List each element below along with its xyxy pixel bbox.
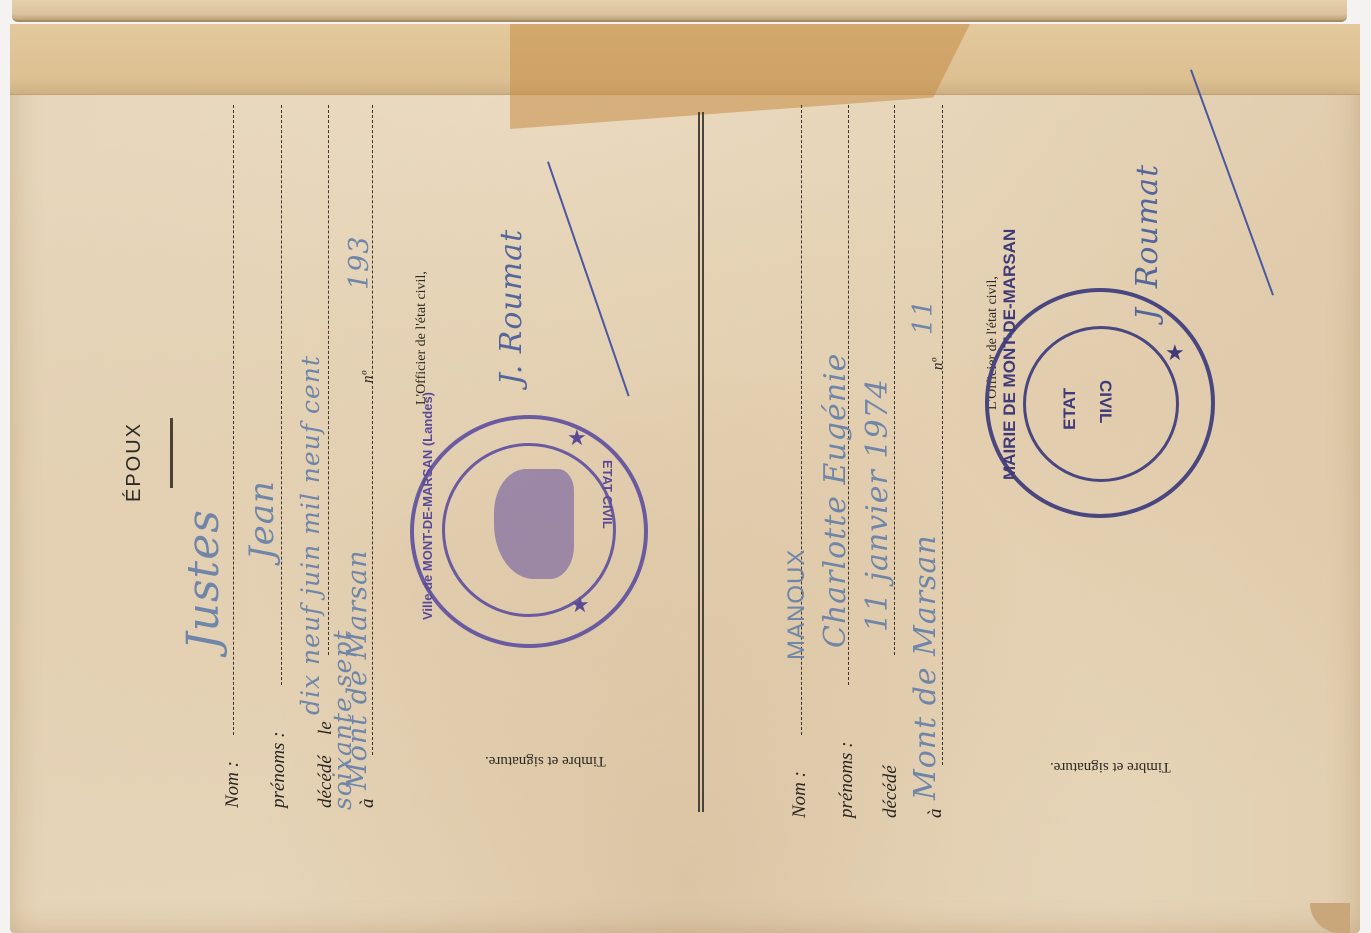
value-numero-2: 11: [908, 299, 939, 335]
value-numero: 193: [344, 235, 375, 290]
back-page-edge: [12, 0, 1347, 22]
officer-label: L'Officier de l'état civil,: [414, 271, 430, 405]
stamp-side-text: ETAT CIVIL: [600, 460, 615, 529]
value-prenoms-2: Charlotte Eugénie: [818, 353, 853, 648]
label-a-2: à: [925, 809, 947, 819]
label-numero-2: nº: [930, 358, 947, 370]
star-icon: ★: [570, 592, 590, 618]
date-line: [328, 105, 329, 655]
section-title-epoux: ÉPOUX: [123, 422, 146, 502]
label-a: à: [357, 799, 379, 809]
value-date-2: 11 janvier 1974: [860, 378, 895, 632]
star-icon: ★: [567, 425, 587, 451]
value-prenoms: Jean: [242, 480, 282, 560]
dog-ear-corner: [1310, 903, 1350, 933]
value-nom: Justes: [178, 509, 229, 650]
stamp-center-civil: CIVIL: [1095, 380, 1115, 423]
value-date-line1: dix neuf juin mil neuf cent: [296, 355, 325, 715]
prenoms-line: [281, 105, 282, 685]
label-prenoms: prénoms :: [268, 731, 290, 808]
stamp-center-etat: ETAT: [1060, 388, 1080, 430]
timbre-signature-label-2: Timbre et signature.: [1050, 758, 1171, 775]
value-lieu-2: Mont de Marsan: [908, 534, 943, 800]
timbre-signature-label: Timbre et signature.: [485, 752, 606, 769]
stamp-mont-de-marsan-landes: [410, 415, 648, 648]
value-nom-2: MANOUX: [783, 549, 811, 660]
stamp-outer-text-2: MAIRIE DE MONT-DE-MARSAN: [1000, 229, 1020, 480]
adhesive-tape: [510, 24, 970, 129]
label-numero: nº: [360, 371, 377, 383]
nom-line: [233, 105, 234, 735]
stamp-outer-text: Ville de MONT-DE-MARSAN (Landes): [420, 392, 435, 620]
signature: J. Roumat: [494, 229, 529, 385]
label-prenoms-2: prénoms :: [836, 741, 858, 818]
title-underline: [170, 418, 173, 488]
value-lieu: Mont de Marsan: [342, 549, 373, 790]
center-divider: [698, 112, 704, 812]
label-nom-2: Nom :: [789, 771, 811, 818]
label-decede-2: décédé: [880, 765, 902, 818]
label-nom: Nom :: [222, 761, 244, 808]
stamp-emblem: [494, 469, 574, 579]
star-icon: ★: [1165, 340, 1185, 366]
